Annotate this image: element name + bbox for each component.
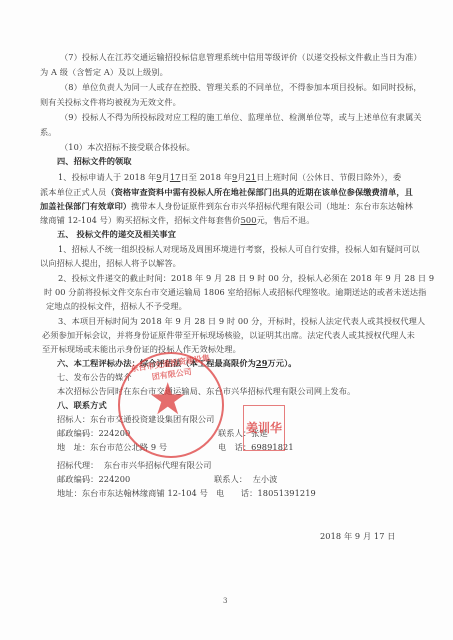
text: 元，售后不退。: [257, 215, 315, 225]
text: 日上班时间（公休日、节假日除外），委: [256, 172, 401, 182]
label: 邮政编码：: [57, 428, 98, 438]
price-limit: 29: [256, 358, 268, 368]
agent-name: 东台市兴华招标代理有限公司: [104, 460, 212, 470]
agent-line: 招标代理： 东台市兴华招标代理有限公司: [57, 460, 212, 471]
section-4-para-1-line-1: 1、投标申请人于 2018 年9月17日至 2018 年9月21日上班时间（公休…: [58, 172, 401, 183]
postal-code: 224200: [98, 474, 130, 484]
section-4-para-1-line-2: 派本单位正式人员（资格审查资料中需有投标人所在地社保部门出具的近期在该单位参保缴…: [40, 187, 413, 198]
address: 东台市东达翰林缘商铺 12-104 号: [82, 488, 208, 498]
label: 电 话：: [216, 488, 257, 498]
section-5-para-2-line-1: 2、投标文件递交的截止时间：2018 年 9 月 28 日 9 时 00 分，投…: [58, 273, 434, 284]
page-number: 3: [223, 597, 227, 605]
text: 月: [162, 172, 170, 182]
text: 缘商铺 12-104 号）购买招标文件，招标文件每套售价: [40, 215, 241, 225]
label: 招标代理：: [57, 460, 98, 470]
item-9-line-1: （9）投标人不得为所投标段对应工程的施工单位、监理单位、检测单位等，或与上述单位…: [60, 112, 422, 123]
section-5-para-3-line-1: 3、本项目开标时间为 2018 年 9 月 28 日 9 时 00 分，开标时，…: [58, 316, 425, 327]
item-10: （10）本次招标不接受联合体投标。: [60, 142, 195, 153]
bold-requirement: （资格审查资料中需有投标人所在地社保部门出具的近期在该单位参保缴费清单，且: [106, 187, 413, 197]
section-4-para-1-line-4: 缘商铺 12-104 号）购买招标文件，招标文件每套售价500元，售后不退。: [40, 215, 315, 226]
text: 1、投标申请人于 2018 年: [58, 172, 156, 182]
item-7-line-2: 为 A 级（含暂定 A）及以上级别。: [40, 67, 168, 78]
agent-address: 地址：东台市东达翰林缘商铺 12-104 号: [57, 488, 208, 499]
item-8-line-1: （8）单位负责人为同一人或存在控股、管理关系的不同单位，不得参加本项目投标。如同…: [60, 82, 422, 93]
label: 联系人：: [214, 474, 247, 484]
star-icon: ★: [148, 378, 187, 422]
document-date: 2018 年 9 月 17 日: [320, 531, 396, 542]
text: 月: [237, 172, 245, 182]
item-9-line-2: 系。: [40, 127, 57, 138]
label: 地址：: [57, 488, 82, 498]
agent-contact: 联系人： 左小波: [214, 474, 277, 485]
section-5-para-1-line-2: 以向招标人提出，招标人将予以解答。: [40, 258, 181, 269]
phone: 18051391219: [257, 488, 315, 498]
section-8-title: 八、联系方式: [57, 400, 107, 411]
item-8-line-2: 则有关投标文件将均被视为无效文件。: [40, 97, 181, 108]
label: 地 址：: [57, 442, 90, 452]
section-5-para-3-line-2: 必须参加开标会议，并将身份证原件带至开标现场核验，以证明其出席。法定代表人或其授…: [42, 330, 415, 341]
text: 日至 2018 年: [181, 172, 233, 182]
label: 邮政编码：: [57, 474, 98, 484]
text: 万元）。: [268, 358, 297, 368]
section-5-para-2-line-2: 时 00 分前将投标文件交东台市交通运输局 1806 室给招标人或招标代理签收。…: [44, 287, 426, 298]
section-5-para-2-line-3: 定地点的投标文件，招标人不予受理。: [46, 301, 187, 312]
text: 携带本人身份证原件到东台市兴华招标代理有限公司（地址：东台市东达翰林: [131, 201, 413, 211]
section-5-title: 五、 投标文件的递交及相关事宜: [57, 229, 176, 240]
bold-requirement-end: 加盖社保部门有效章印）: [40, 201, 131, 211]
contact-name: 左小波: [253, 474, 278, 484]
label: 招标人：: [57, 414, 90, 424]
tenderer-postal: 邮政编码：224200: [57, 428, 130, 439]
signature-seal: 姜训华: [243, 405, 285, 451]
section-4-title: 四、招标文件的领取: [57, 156, 132, 167]
section-5-para-1-line-1: 1、招标人不统一组织投标人对现场及周围环境进行考察，投标人可自行安排，投标人如有…: [58, 244, 420, 255]
official-seal: 东台市交通投资建设集团有限公司 ★: [118, 352, 224, 458]
document-page: （7）投标人在江苏交通运输招投标信息管理系统中信用等级评价（以递交投标文件截止当…: [0, 0, 453, 640]
end-day: 21: [246, 172, 257, 182]
item-7-line-1: （7）投标人在江苏交通运输招投标信息管理系统中信用等级评价（以递交投标文件截止当…: [60, 52, 422, 63]
agent-phone: 电 话：18051391219: [216, 488, 316, 499]
text: 派本单位正式人员: [40, 187, 106, 197]
section-7-title: 七、发布公告的媒介: [57, 372, 132, 383]
agent-postal: 邮政编码：224200: [57, 474, 130, 485]
section-4-para-1-line-3: 加盖社保部门有效章印）携带本人身份证原件到东台市兴华招标代理有限公司（地址：东台…: [40, 201, 413, 212]
start-day: 17: [170, 172, 181, 182]
price: 500: [241, 215, 257, 225]
